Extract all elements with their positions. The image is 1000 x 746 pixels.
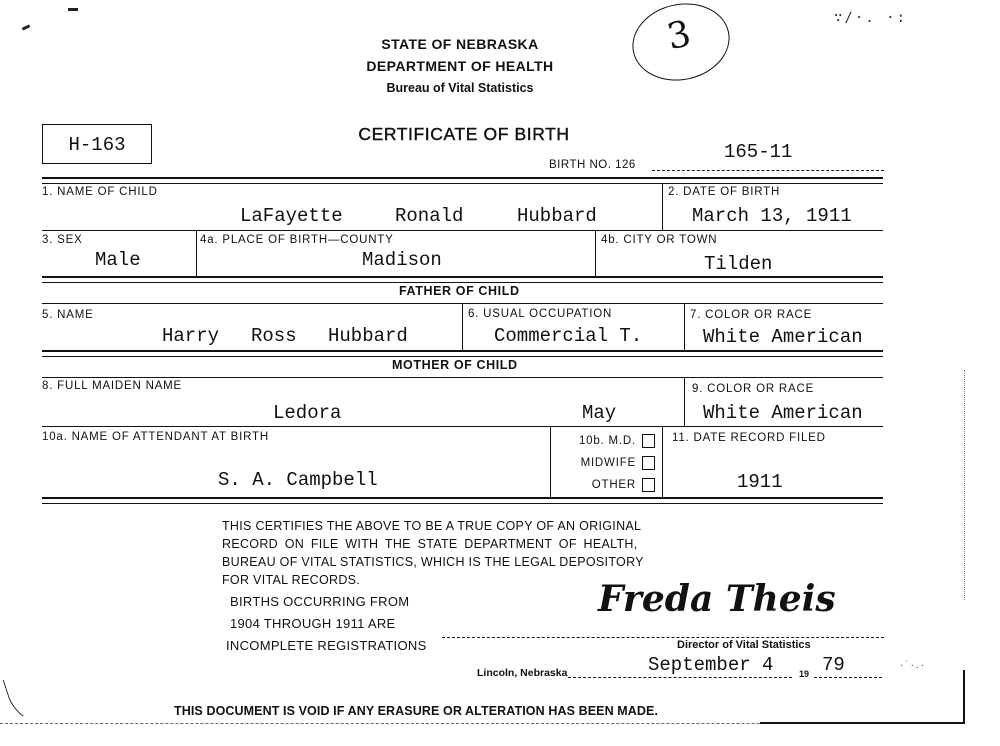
form-border-bottom: [42, 497, 883, 504]
department-heading: DEPARTMENT OF HEALTH: [330, 58, 590, 74]
note-line: BIRTHS OCCURRING FROM: [226, 591, 427, 613]
year-prefix: 19: [799, 669, 809, 679]
mother-first-name: Ledora: [273, 402, 341, 424]
father-middle-name: Ross: [251, 325, 297, 347]
child-name-label: 1. NAME OF CHILD: [42, 186, 158, 198]
child-middle-name: Ronald: [395, 205, 463, 227]
note-line: 1904 THROUGH 1911 ARE: [226, 613, 427, 635]
father-race-value: White American: [703, 326, 863, 348]
director-signature: Freda Theis: [598, 578, 836, 620]
midwife-checkbox[interactable]: [642, 456, 655, 470]
signature-line: [442, 637, 884, 638]
form-border-top: [42, 177, 883, 184]
other-checkbox[interactable]: [642, 478, 655, 492]
state-heading: STATE OF NEBRASKA: [330, 36, 590, 52]
dob-label: 2. DATE OF BIRTH: [668, 186, 780, 198]
section-border: [42, 350, 883, 357]
row-divider: [42, 377, 883, 378]
sex-value: Male: [95, 249, 141, 271]
circled-number: 3: [664, 13, 695, 58]
mother-section-title: MOTHER OF CHILD: [392, 358, 518, 372]
father-last-name: Hubbard: [328, 325, 408, 347]
midwife-checkbox-row[interactable]: MIDWIFE: [560, 456, 655, 470]
bureau-heading: Bureau of Vital Statistics: [330, 81, 590, 95]
birth-number-line: [652, 170, 884, 171]
sex-label: 3. SEX: [42, 234, 83, 246]
certification-line: RECORD ON FILE WITH THE STATE DEPARTMENT…: [222, 535, 722, 553]
other-label: OTHER: [592, 479, 636, 491]
md-label: 10b. M.D.: [579, 435, 636, 447]
file-code: H-163: [43, 134, 151, 156]
filed-label: 11. DATE RECORD FILED: [672, 432, 826, 444]
bottom-border-solid: [760, 722, 965, 724]
issue-date-value: September 4: [648, 654, 773, 676]
dob-value: March 13, 1911: [692, 205, 852, 227]
divider: [662, 183, 663, 230]
father-section-title: FATHER OF CHILD: [399, 284, 520, 298]
occupation-label: 6. USUAL OCCUPATION: [468, 308, 612, 320]
maiden-name-label: 8. FULL MAIDEN NAME: [42, 380, 182, 392]
divider: [462, 304, 463, 350]
occupation-value: Commercial T.: [494, 325, 642, 347]
birth-number-value: 165-11: [724, 141, 792, 163]
left-curve-mark: [3, 680, 47, 725]
right-edge-line: [963, 670, 965, 723]
row-divider: [42, 426, 883, 427]
mother-race-value: White American: [703, 402, 863, 424]
certification-line: BUREAU OF VITAL STATISTICS, WHICH IS THE…: [222, 553, 722, 571]
attendant-label: 10a. NAME OF ATTENDANT AT BIRTH: [42, 431, 269, 443]
father-name-label: 5. NAME: [42, 309, 94, 321]
father-first-name: Harry: [162, 325, 219, 347]
section-border: [42, 276, 883, 283]
county-label: 4a. PLACE OF BIRTH—COUNTY: [200, 234, 394, 246]
scan-mark: [68, 8, 78, 11]
midwife-label: MIDWIFE: [581, 457, 636, 469]
md-checkbox[interactable]: [642, 434, 655, 448]
mother-middle-name: May: [582, 402, 616, 424]
incomplete-registrations-note: BIRTHS OCCURRING FROM 1904 THROUGH 1911 …: [226, 591, 427, 657]
father-race-label: 7. COLOR OR RACE: [690, 309, 812, 321]
mother-race-label: 9. COLOR OR RACE: [692, 383, 814, 395]
divider: [662, 427, 663, 497]
child-first-name: LaFayette: [240, 205, 343, 227]
scan-specks: ·˙·.·: [900, 660, 926, 671]
circled-number-mark: 3: [625, 0, 737, 89]
right-edge-dotted: [964, 370, 965, 600]
city-value: Tilden: [704, 253, 772, 275]
divider: [595, 231, 596, 276]
certification-line: THIS CERTIFIES THE ABOVE TO BE A TRUE CO…: [222, 517, 722, 535]
certificate-title: CERTIFICATE OF BIRTH: [330, 124, 598, 145]
filed-value: 1911: [737, 471, 783, 493]
signer-title: Director of Vital Statistics: [677, 639, 811, 651]
note-line: INCOMPLETE REGISTRATIONS: [226, 635, 427, 657]
md-checkbox-row[interactable]: 10b. M.D.: [560, 434, 655, 448]
county-value: Madison: [362, 249, 442, 271]
place-label: Lincoln, Nebraska: [477, 667, 567, 679]
city-label: 4b. CITY OR TOWN: [601, 234, 717, 246]
divider: [684, 378, 685, 426]
divider: [684, 304, 685, 350]
issue-year-value: 79: [822, 654, 845, 676]
file-code-box: H-163: [42, 124, 152, 164]
child-last-name: Hubbard: [517, 205, 597, 227]
attendant-name: S. A. Campbell: [218, 469, 378, 491]
birth-number-label: BIRTH NO. 126: [549, 159, 636, 171]
other-checkbox-row[interactable]: OTHER: [560, 478, 655, 492]
year-line: [814, 677, 882, 678]
scan-mark: [22, 24, 31, 30]
divider: [550, 427, 551, 497]
void-notice: THIS DOCUMENT IS VOID IF ANY ERASURE OR …: [174, 704, 658, 718]
divider: [196, 231, 197, 276]
scan-specks: ∵∕·. ·:: [834, 10, 914, 35]
row-divider: [42, 230, 883, 231]
date-line: [568, 677, 792, 678]
